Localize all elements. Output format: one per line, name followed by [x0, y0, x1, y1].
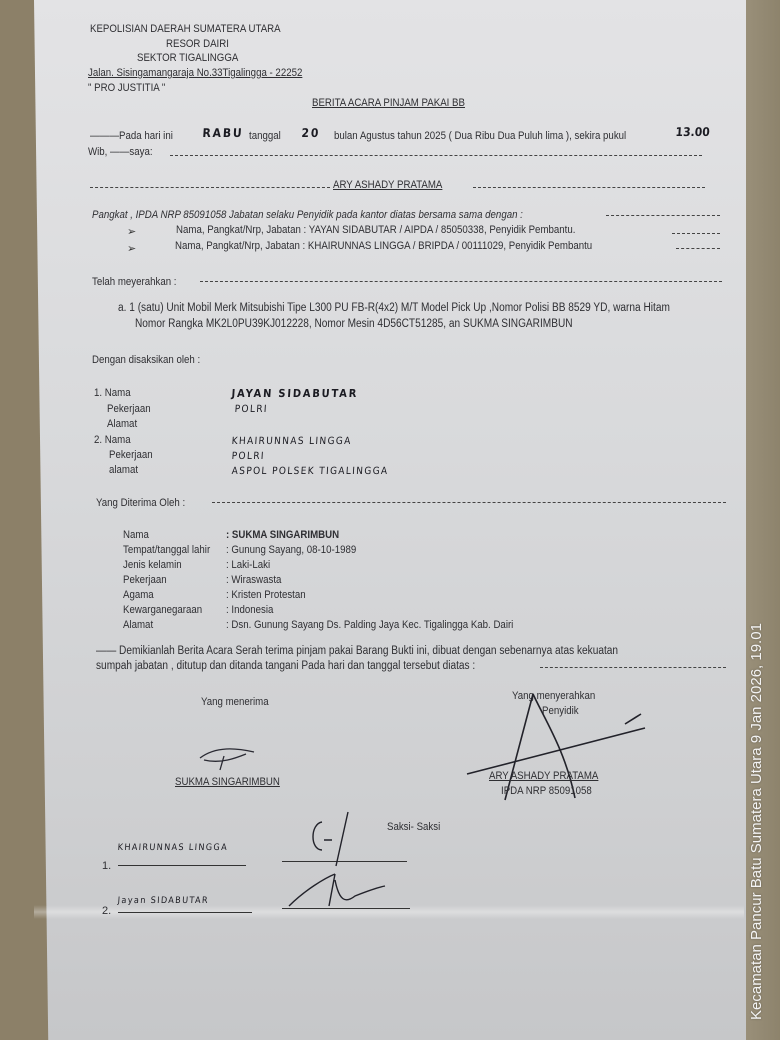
header-sector: SEKTOR TIGALINGGA — [137, 52, 238, 65]
month-year-text: bulan Agustus tahun 2025 ( Dua Ribu Dua … — [334, 130, 626, 143]
recipient-field-label: Jenis kelamin — [123, 559, 182, 572]
opening-prefix: ———Pada hari ini — [90, 130, 173, 143]
assistant-1: Nama, Pangkat/Nrp, Jabatan : YAYAN SIDAB… — [176, 224, 575, 237]
receiver-name: SUKMA SINGARIMBUN — [175, 776, 280, 789]
signature-line — [118, 865, 246, 866]
officer-name: ARY ASHADY PRATAMA — [333, 179, 442, 192]
closing-line-2: sumpah jabatan , ditutup dan ditanda tan… — [96, 660, 475, 674]
recipient-field-value: : Kristen Protestan — [226, 589, 306, 602]
document-title: BERITA ACARA PINJAM PAKAI BB — [312, 97, 465, 110]
recipient-field-label: Kewarganegaraan — [123, 604, 202, 617]
fill-line — [676, 248, 720, 249]
witness-2-address-value: ASPOL POLSEK TIGALINGGA — [231, 466, 388, 477]
recipient-field-value: : SUKMA SINGARIMBUN — [226, 529, 339, 542]
handed-over-label: Telah meyerahkan : — [92, 276, 176, 289]
photo-location-timestamp: Kecamatan Pancur Batu Sumatera Utara 9 J… — [748, 623, 765, 1020]
witness-1-address-label: Alamat — [107, 418, 137, 431]
witness-sig-2-number: 2. — [102, 905, 111, 918]
signature-line — [118, 912, 252, 913]
giver-nrp: IPDA NRP 85091058 — [501, 785, 592, 798]
recipient-field-value: : Gunung Sayang, 08-10-1989 — [226, 544, 356, 557]
recipient-field-label: Nama — [123, 529, 149, 542]
witness-1-signature — [300, 810, 360, 870]
rank-line: Pangkat , IPDA NRP 85091058 Jabatan sela… — [92, 209, 523, 222]
fill-line — [212, 502, 726, 503]
witness-2-name-value: KHAIRUNNAS LINGGA — [231, 436, 352, 447]
witness-sig-2-name: Jayan SIDABUTAR — [117, 896, 209, 906]
recipient-field-value: : Indonesia — [226, 604, 273, 617]
witness-2-job-value: POLRI — [231, 451, 265, 462]
witness-2-name-label: 2. Nama — [94, 434, 131, 447]
pro-justitia: " PRO JUSTITIA " — [88, 82, 165, 95]
witness-2-signature — [285, 870, 395, 910]
handwritten-date: 20 — [301, 126, 321, 140]
assistant-2: Nama, Pangkat/Nrp, Jabatan : KHAIRUNNAS … — [175, 240, 592, 253]
item-line-2: Nomor Rangka MK2L0PU39KJ012228, Nomor Me… — [135, 318, 573, 332]
recipient-field-label: Alamat — [123, 619, 153, 632]
header-resor: RESOR DAIRI — [166, 38, 229, 51]
witness-sig-1-name: KHAIRUNNAS LINGGA — [117, 843, 228, 853]
recipient-field-value: : Laki-Laki — [226, 559, 270, 572]
receiver-signature — [196, 740, 266, 780]
witness-1-name-value: JAYAN SIDABUTAR — [231, 387, 358, 400]
bullet-arrow-icon: ➢ — [127, 242, 136, 255]
recipient-field-label: Pekerjaan — [123, 574, 167, 587]
fill-line — [606, 215, 720, 216]
fill-line — [540, 667, 726, 668]
handwritten-time: 13.00 — [675, 125, 710, 139]
header-agency: KEPOLISIAN DAERAH SUMATERA UTARA — [90, 23, 281, 36]
fill-line — [473, 187, 705, 188]
receiver-label: Yang menerima — [201, 696, 269, 709]
fill-line — [170, 155, 702, 156]
recipient-field-label: Agama — [123, 589, 154, 602]
recipient-field-label: Tempat/tanggal lahir — [123, 544, 210, 557]
received-by-label: Yang Diterima Oleh : — [96, 497, 185, 510]
witness-1-name-label: 1. Nama — [94, 387, 131, 400]
witnessed-label: Dengan disaksikan oleh : — [92, 354, 200, 367]
header-address: Jalan. Sisingamangaraja No.33Tigalingga … — [88, 67, 302, 80]
witnesses-signature-label: Saksi- Saksi — [387, 821, 440, 834]
bullet-arrow-icon: ➢ — [127, 225, 136, 238]
closing-line-1: —— Demikianlah Berita Acara Serah terima… — [96, 645, 618, 659]
witness-2-address-label: alamat — [109, 464, 138, 477]
witness-sig-1-number: 1. — [102, 860, 111, 873]
item-line-1: a. 1 (satu) Unit Mobil Merk Mitsubishi T… — [118, 302, 670, 316]
handwritten-day: RABU — [202, 126, 244, 140]
fill-line — [672, 233, 720, 234]
witness-2-job-label: Pekerjaan — [109, 449, 153, 462]
giver-name: ARY ASHADY PRATAMA — [489, 770, 598, 783]
wib-saya: Wib, ——saya: — [88, 146, 153, 159]
witness-1-job-label: Pekerjaan — [107, 403, 151, 416]
witness-1-job-value: POLRI — [234, 404, 268, 415]
fill-line — [90, 187, 330, 188]
tanggal-label: tanggal — [249, 130, 281, 143]
recipient-field-value: : Wiraswasta — [226, 574, 281, 587]
recipient-field-value: : Dsn. Gunung Sayang Ds. Palding Jaya Ke… — [226, 619, 513, 632]
fill-line — [200, 281, 722, 282]
